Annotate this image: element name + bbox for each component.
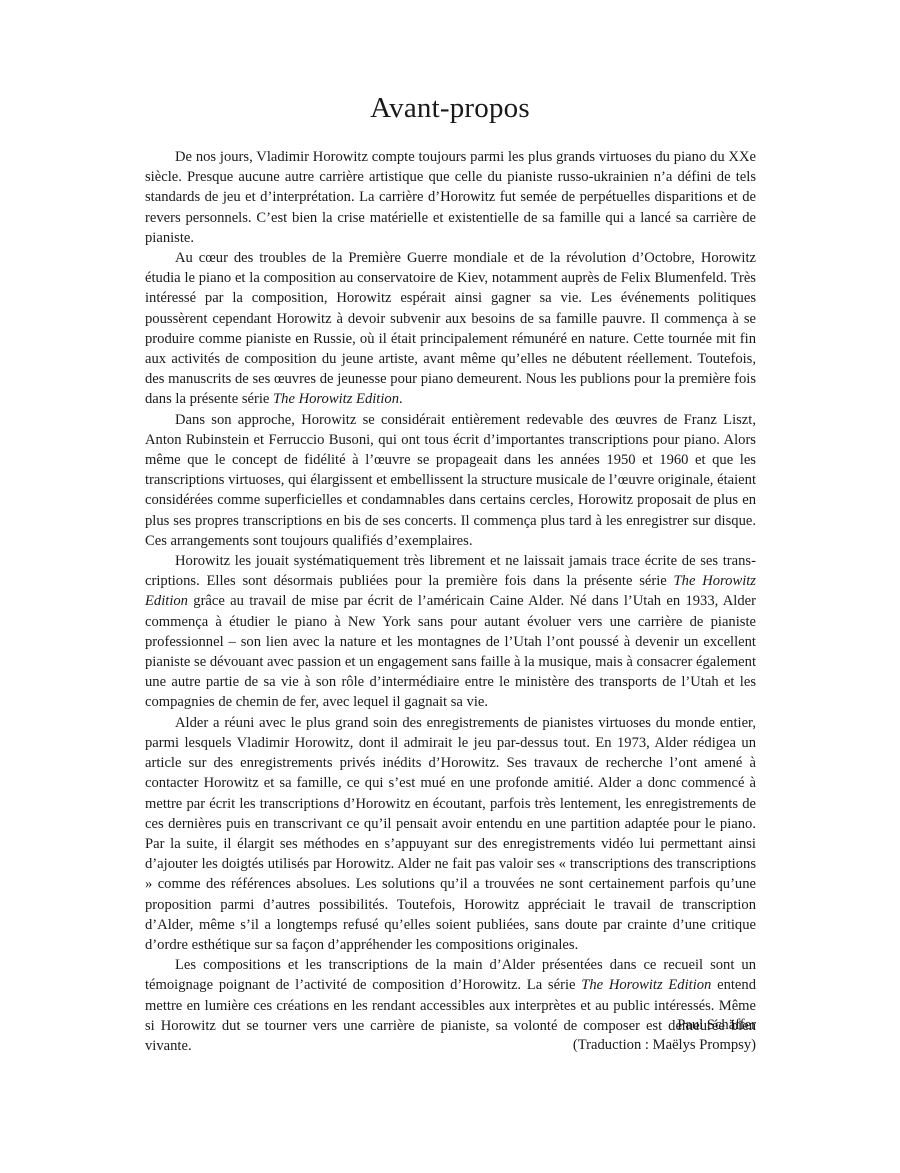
paragraph-2: Au cœur des troubles de la Première Guer… xyxy=(145,248,756,410)
paragraph-3: Dans son approche, Horowitz se considéra… xyxy=(145,410,756,551)
paragraph-text: De nos jours, Vladimir Horowitz compte t… xyxy=(145,149,756,246)
paragraph-text: Horowitz les jouait systématiquement trè… xyxy=(145,553,756,589)
signature-block: Paul Schäffer (Traduction : Maëlys Promp… xyxy=(145,1015,756,1055)
paragraph-text: Alder a réuni avec le plus grand soin de… xyxy=(145,715,756,953)
paragraph-text: Au cœur des troubles de la Première Guer… xyxy=(145,250,756,407)
foreword-body: De nos jours, Vladimir Horowitz compte t… xyxy=(145,147,756,1056)
document-page: Avant-propos De nos jours, Vladimir Horo… xyxy=(0,0,900,1173)
translator-credit: (Traduction : Maëlys Prompsy) xyxy=(145,1035,756,1055)
paragraph-text: . xyxy=(399,391,403,407)
paragraph-text: grâce au travail de mise par écrit de l’… xyxy=(145,593,756,710)
author-name: Paul Schäffer xyxy=(145,1015,756,1035)
paragraph-5: Alder a réuni avec le plus grand soin de… xyxy=(145,713,756,955)
paragraph-1: De nos jours, Vladimir Horowitz compte t… xyxy=(145,147,756,248)
series-title: The Horowitz Edition xyxy=(273,391,399,407)
series-title: The Horowitz Edition xyxy=(581,977,711,993)
page-title: Avant-propos xyxy=(0,92,900,125)
paragraph-4: Horowitz les jouait systématiquement trè… xyxy=(145,551,756,713)
paragraph-text: Dans son approche, Horowitz se considéra… xyxy=(145,412,756,549)
